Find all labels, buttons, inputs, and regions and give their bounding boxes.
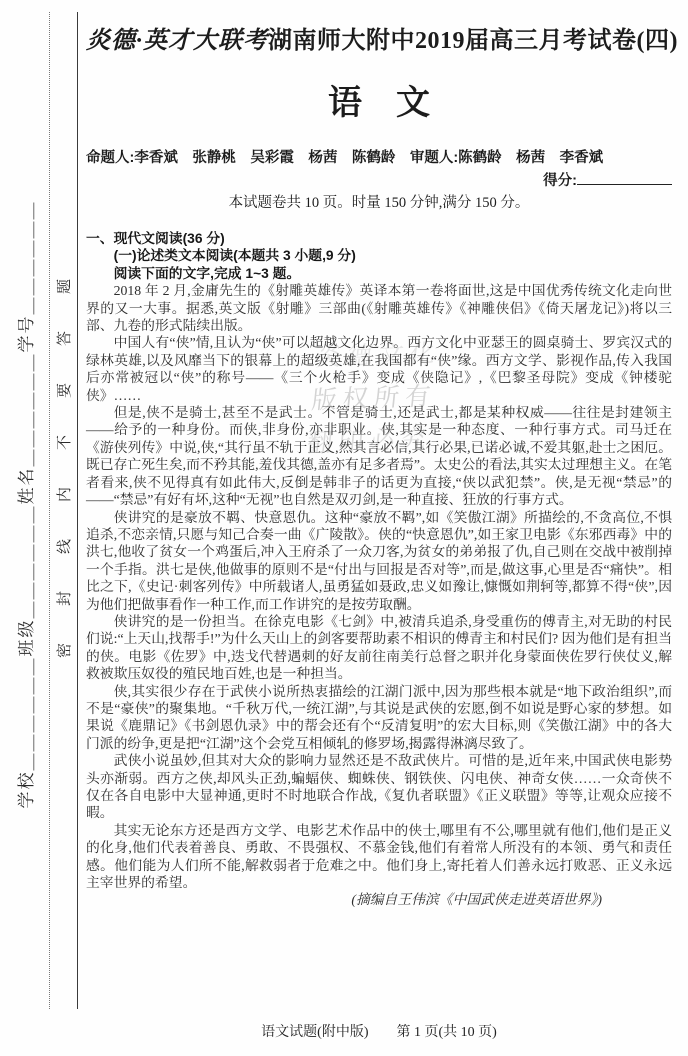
content-border-line <box>77 12 78 1009</box>
content-area: 炎德·英才大联考湖南师大附中2019届高三月考试卷(四) 语 文 命题人:李香斌… <box>86 20 672 909</box>
subject-title: 语 文 <box>86 75 672 124</box>
body-paragraph: 2018 年 2 月,金庸先生的《射雕英雄传》英译本第一卷将面世,这是中国优秀传… <box>86 282 672 334</box>
subsection-heading: (一)论述类文本阅读(本题共 3 小题,9 分) <box>86 247 672 264</box>
page-footer: 语文试题(附中版) 第 1 页(共 10 页) <box>86 1021 672 1041</box>
reading-instruction: 阅读下面的文字,完成 1~3 题。 <box>86 265 672 282</box>
body-paragraph: 中国人有“侠”情,且认为“侠”可以超越文化边界。西方文化中亚瑟王的圆桌骑士、罗宾… <box>86 334 672 404</box>
body-paragraph: 其实无论东方还是西方文学、电影艺术作品中的侠士,哪里有不公,哪里就有他们,他们是… <box>86 822 672 892</box>
body-paragraphs: 2018 年 2 月,金庸先生的《射雕英雄传》英译本第一卷将面世,这是中国优秀传… <box>86 282 672 891</box>
body-paragraph: 侠讲究的是豪放不羁、快意恩仇。这种“豪放不羁”,如《笑傲江湖》所描绘的,不贪高位… <box>86 509 672 613</box>
exam-header: 炎德·英才大联考湖南师大附中2019届高三月考试卷(四) <box>86 20 672 55</box>
seal-dotted-line <box>49 12 50 1009</box>
brand-name: 炎德·英才大联考 <box>86 28 268 54</box>
staff-line: 命题人:李香斌 张静桃 吴彩霞 杨茜 陈鹤龄 审题人:陈鹤龄 杨茜 李香斌 <box>86 146 672 167</box>
body-paragraph: 侠讲究的是一份担当。在徐克电影《七剑》中,被清兵追杀,身受重伤的傅青主,对无助的… <box>86 613 672 683</box>
body-paragraph: 但是,侠不是骑士,甚至不是武士。不管是骑士,还是武士,都是某种权威——往往是封建… <box>86 404 672 508</box>
score-line: 得分: <box>86 169 672 188</box>
section-heading: 一、现代文阅读(36 分) <box>86 230 672 247</box>
paper-info: 本试题卷共 10 页。时量 150 分钟,满分 150 分。 <box>86 191 672 212</box>
body-paragraph: 侠,其实很少存在于武侠小说所热衷描绘的江湖门派中,因为那些根本就是“地下政治组织… <box>86 683 672 753</box>
exam-title: 湖南师大附中2019届高三月考试卷(四) <box>268 28 678 54</box>
score-label: 得分: <box>543 173 577 189</box>
exam-paper-page: 学校＿＿＿＿＿＿班级＿＿＿＿＿＿姓名＿＿＿＿＿＿学号＿＿＿＿＿＿ 密封线内不要答… <box>0 0 688 1056</box>
score-blank-field <box>577 172 672 185</box>
body-paragraph: 武侠小说虽妙,但其对大众的影响力显然还是不敌武侠片。可惜的是,近年来,中国武侠电… <box>86 752 672 822</box>
citation: (摘编自王伟滨《中国武侠走进英语世界》) <box>86 891 672 908</box>
document-body: 一、现代文阅读(36 分) (一)论述类文本阅读(本题共 3 小题,9 分) 阅… <box>86 230 672 909</box>
student-info-fields: 学校＿＿＿＿＿＿班级＿＿＿＿＿＿姓名＿＿＿＿＿＿学号＿＿＿＿＿＿ <box>14 117 40 892</box>
seal-notice-text: 密封线内不要答题 <box>55 238 75 670</box>
